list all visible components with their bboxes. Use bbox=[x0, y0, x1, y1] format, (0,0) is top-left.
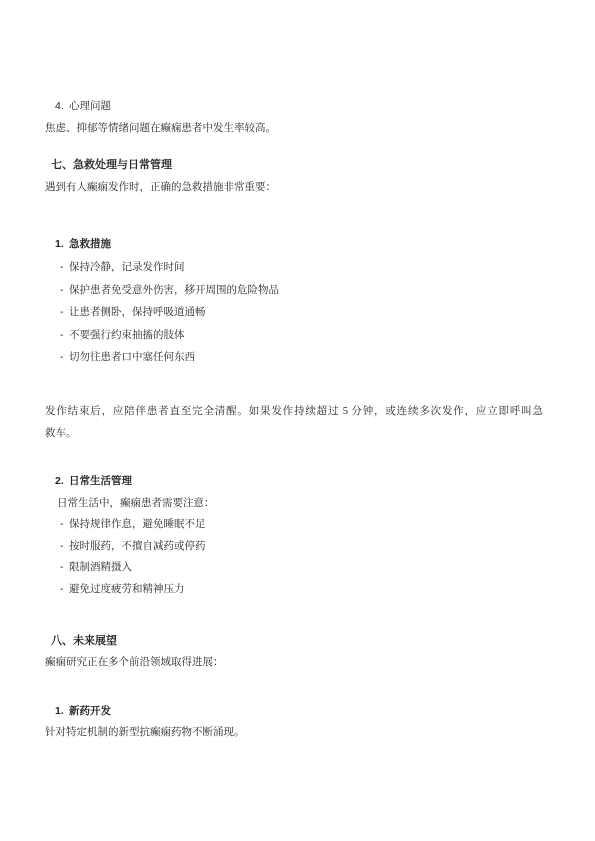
heading-section-7: 七、急救处理与日常管理 bbox=[51, 155, 172, 177]
paragraph-first-aid-intro: 遇到有人癫痫发作时，正确的急救措施非常重要： bbox=[45, 177, 276, 199]
heading-text: 急救措施 bbox=[69, 239, 111, 250]
paragraph-new-drug: 针对特定机制的新型抗癫痫药物不断涌现。 bbox=[45, 722, 245, 744]
heading-first-aid-measures: 1.急救措施 bbox=[55, 234, 111, 256]
dash-bullet: - bbox=[60, 347, 69, 369]
list-item: -保护患者免受意外伤害，移开周围的危险物品 bbox=[60, 280, 279, 302]
list-item: -保持规律作息，避免睡眠不足 bbox=[60, 514, 206, 536]
dash-bullet: - bbox=[60, 325, 69, 347]
dash-bullet: - bbox=[60, 536, 69, 558]
list-item-text: 限制酒精摄入 bbox=[69, 562, 132, 573]
list-item-text: 让患者侧卧，保持呼吸道通畅 bbox=[69, 307, 206, 318]
heading-text: 新药开发 bbox=[69, 706, 111, 717]
paragraph-line: 发作结束后，应陪伴患者直至完全清醒。如果发作持续超过 5 分钟，或连续多次发作，… bbox=[45, 401, 543, 423]
list-item: -限制酒精摄入 bbox=[60, 557, 132, 579]
heading-number: 1. bbox=[55, 234, 69, 256]
dash-bullet: - bbox=[60, 557, 69, 579]
list-item-text: 保持冷静，记录发作时间 bbox=[69, 262, 185, 273]
list-item: -让患者侧卧，保持呼吸道通畅 bbox=[60, 302, 206, 324]
paragraph-line: 救车。 bbox=[45, 423, 543, 445]
list-item: -保持冷静，记录发作时间 bbox=[60, 257, 185, 279]
list-item-text: 保持规律作息，避免睡眠不足 bbox=[69, 519, 206, 530]
list-item-text: 保护患者免受意外伤害，移开周围的危险物品 bbox=[69, 285, 279, 296]
paragraph-research-intro: 癫痫研究正在多个前沿领域取得进展： bbox=[45, 652, 224, 674]
dash-bullet: - bbox=[60, 257, 69, 279]
dash-bullet: - bbox=[60, 514, 69, 536]
list-item: -避免过度疲劳和精神压力 bbox=[60, 579, 185, 601]
heading-new-drug-development: 1.新药开发 bbox=[55, 701, 111, 723]
paragraph-anxiety: 焦虑、抑郁等情绪问题在癫痫患者中发生率较高。 bbox=[45, 118, 276, 140]
dash-bullet: - bbox=[60, 280, 69, 302]
paragraph-after-seizure: 发作结束后，应陪伴患者直至完全清醒。如果发作持续超过 5 分钟，或连续多次发作，… bbox=[45, 401, 543, 444]
list-item-text: 按时服药，不擅自减药或停药 bbox=[69, 541, 206, 552]
list-item-text: 不要强行约束抽搐的肢体 bbox=[69, 330, 185, 341]
paragraph-daily-intro: 日常生活中，癫痫患者需要注意： bbox=[57, 493, 215, 515]
heading-text: 日常生活管理 bbox=[69, 476, 132, 487]
list-item-text: 切勿往患者口中塞任何东西 bbox=[69, 352, 195, 363]
heading-psychological-issues: 4.心理问题 bbox=[55, 96, 111, 118]
heading-section-8: 八、未来展望 bbox=[51, 631, 117, 653]
list-item-text: 避免过度疲劳和精神压力 bbox=[69, 584, 185, 595]
list-item: -切勿往患者口中塞任何东西 bbox=[60, 347, 195, 369]
dash-bullet: - bbox=[60, 579, 69, 601]
heading-daily-life-management: 2.日常生活管理 bbox=[55, 471, 132, 493]
list-item: -按时服药，不擅自减药或停药 bbox=[60, 536, 206, 558]
list-item: -不要强行约束抽搐的肢体 bbox=[60, 325, 185, 347]
dash-bullet: - bbox=[60, 302, 69, 324]
heading-number: 4. bbox=[55, 96, 69, 118]
heading-text: 心理问题 bbox=[69, 101, 111, 112]
heading-number: 1. bbox=[55, 701, 69, 723]
document-page: 4.心理问题 焦虑、抑郁等情绪问题在癫痫患者中发生率较高。 七、急救处理与日常管… bbox=[0, 0, 595, 841]
heading-number: 2. bbox=[55, 471, 69, 493]
